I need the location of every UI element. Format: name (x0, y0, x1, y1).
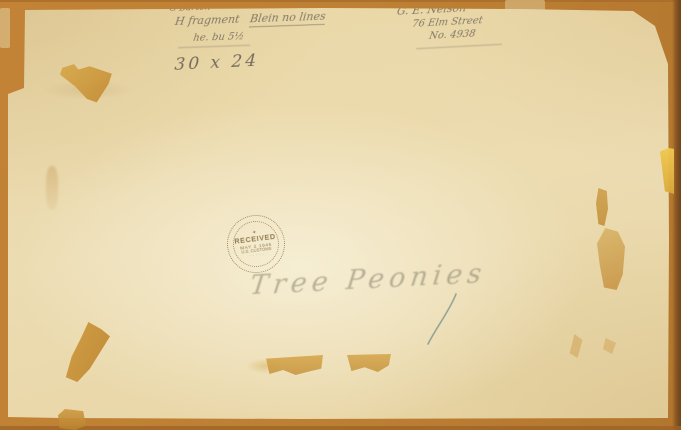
inscription-dimensions: 30 x 24 (174, 51, 260, 76)
inscription-rule-right (416, 44, 502, 49)
tape-residue-top-left (60, 62, 114, 104)
artwork-verso-photo: G Barton H fragment Blein no lines he. b… (0, 0, 681, 430)
green-pencil-stroke (420, 288, 465, 350)
board-edge-bottom (0, 426, 681, 430)
tape-residue-bottom-right-speck-2 (603, 338, 616, 354)
tape-residue-right-small (596, 188, 608, 226)
inscription-top-right-line3: No. 4938 (428, 29, 476, 43)
inscription-top-left-line1: G Barton (169, 3, 212, 14)
board-light-patch-top (505, 0, 545, 10)
board-edge-right (672, 0, 681, 430)
customs-received-stamp: ✦ RECEIVED MAY 2 1945 U.S. CUSTOMS · · ·… (224, 212, 289, 277)
inscription-top-right-line1: G. E. Nelson (396, 1, 467, 18)
board-light-patch-left (0, 8, 10, 48)
paper-sheet: G Barton H fragment Blein no lines he. b… (0, 0, 681, 430)
tape-residue-bottom-strip-1 (266, 355, 323, 375)
tape-residue-bottom-left (62, 322, 110, 382)
inscription-underlined-note: Blein no lines (249, 10, 327, 28)
stamp-inner-ring: ✦ RECEIVED MAY 2 1945 U.S. CUSTOMS · · ·… (230, 218, 281, 269)
inscription-top-left-line3: he. bu 5½ (192, 31, 244, 44)
tape-residue-bottom-edge (58, 409, 86, 430)
inscription-rule-left (178, 45, 250, 49)
stain-left-middle (46, 166, 58, 210)
tape-residue-bottom-right-speck-1 (568, 334, 584, 358)
tape-residue-bottom-strip-2 (347, 354, 391, 373)
tape-residue-right-large (597, 228, 625, 290)
stamp-text: ✦ RECEIVED MAY 2 1945 U.S. CUSTOMS · · ·… (234, 228, 279, 260)
inscription-fragment-note: H fragment (174, 13, 240, 28)
board-edge-top (0, 0, 681, 2)
